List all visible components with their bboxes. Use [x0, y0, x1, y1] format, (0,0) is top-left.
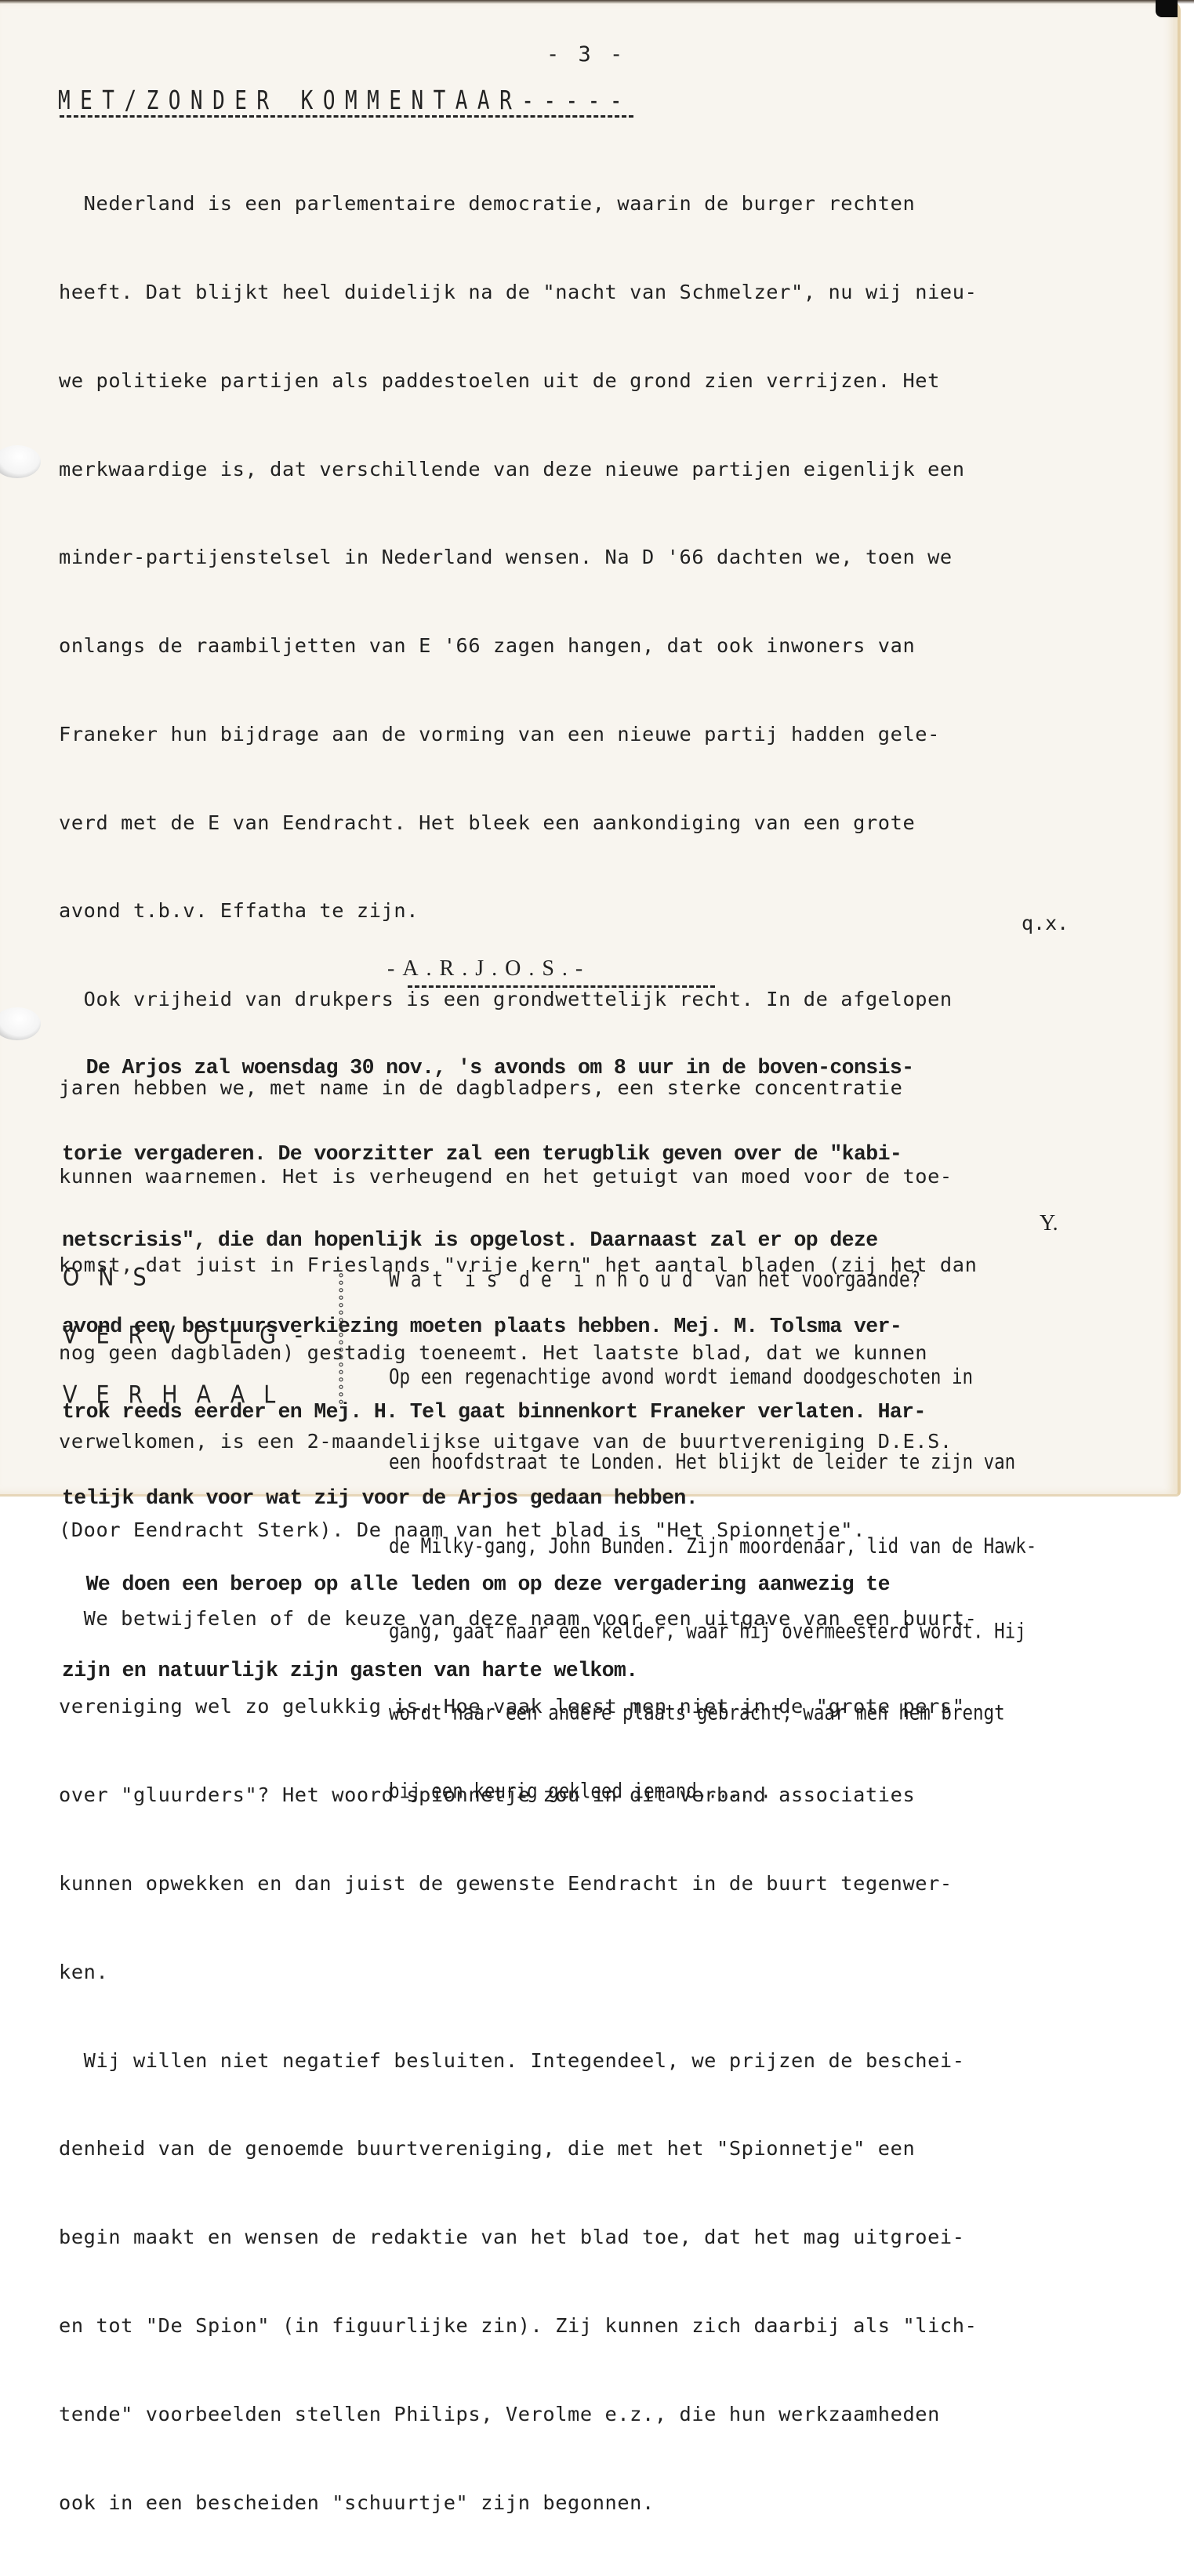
text-line: heeft. Dat blijkt heel duidelijk na de "…	[59, 278, 977, 307]
text-line: onlangs de raambiljetten van E '66 zagen…	[59, 631, 977, 661]
title-underline	[60, 115, 633, 118]
serial-question: W a t i s d e i n h o u d van het voorga…	[389, 1268, 921, 1292]
text-line: netscrisis", die dan hopenlijk is opgelo…	[62, 1226, 926, 1255]
text-line: Op een regenachtige avond wordt iemand d…	[389, 1363, 1036, 1391]
text-line: torie vergaderen. De voorzitter zal een …	[62, 1140, 926, 1169]
page-number: - 3 -	[546, 42, 626, 67]
text-line: Franeker hun bijdrage aan de vorming van…	[59, 720, 977, 749]
text-line: minder-partijenstelsel in Nederland wens…	[59, 542, 977, 572]
scanned-page: - 3 - MET/ZONDER KOMMENTAAR----- Nederla…	[0, 0, 1181, 1497]
page-top-edge-shadow	[0, 0, 1194, 4]
title-underline	[408, 985, 715, 988]
punch-hole-icon	[0, 445, 41, 478]
article-signature: q.x.	[1022, 912, 1069, 934]
dotted-divider	[339, 1272, 343, 1405]
text-line: een hoofdstraat te Londen. Het blijkt de…	[389, 1448, 1036, 1476]
text-line: we politieke partijen als paddestoelen u…	[59, 366, 977, 396]
serial-summary: Op een regenachtige avond wordt iemand d…	[389, 1307, 1036, 1505]
text-line: Nederland is een parlementaire democrati…	[59, 189, 977, 219]
serial-label-line: VERVOLG-	[63, 1322, 321, 1350]
serial-label-line: VERHAAL	[63, 1381, 294, 1410]
page-corner-shadow	[1156, 0, 1178, 17]
punch-hole-icon	[0, 1007, 41, 1040]
article-signature: Y.	[1040, 1211, 1058, 1236]
text-line: avond t.b.v. Effatha te zijn.	[59, 896, 977, 926]
article-title-met-zonder-kommentaar: MET/ZONDER KOMMENTAAR-----	[58, 86, 632, 116]
article-title-arjos: -A.R.J.O.S.-	[387, 956, 590, 981]
text-line: De Arjos zal woensdag 30 nov., 's avonds…	[62, 1054, 926, 1083]
serial-label-line: ONS	[63, 1264, 165, 1292]
text-line: verd met de E van Eendracht. Het bleek e…	[59, 808, 977, 838]
text-line: merkwaardige is, dat verschillende van d…	[59, 455, 977, 484]
